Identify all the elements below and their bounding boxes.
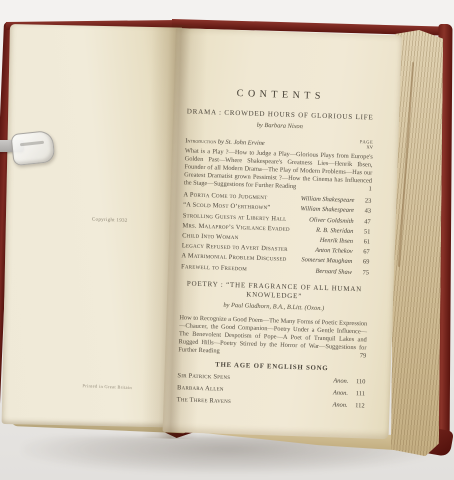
photo-background: Copyright 1932 Printed in Great Britain … <box>0 0 454 480</box>
page-title: CONTENTS <box>187 86 375 103</box>
toc-entry-spacer <box>224 391 333 395</box>
toc-entry-title: Legacy Refused to Avert Disaster <box>182 243 288 254</box>
introduction-entry: Introduction by St. John Ervine <box>185 137 265 147</box>
toc-entry-page-number: 110 <box>348 378 365 386</box>
toc-entry-author: Oliver Goldsmith <box>309 216 354 224</box>
toc-entry-page-number: 61 <box>353 238 370 246</box>
toc-entry-author: William Shakespeare <box>301 196 355 205</box>
page-column-header: PAGExv <box>359 139 373 150</box>
toc-entry-page-number: 23 <box>354 197 371 205</box>
toc-entry-spacer <box>247 270 316 272</box>
toc-entry-title: Farewell to Freedom <box>181 263 247 272</box>
toc-entry-spacer <box>290 231 316 232</box>
toc-entry-author: Somerset Maugham <box>301 257 352 266</box>
toc-entry-author: Anon. <box>332 401 347 408</box>
toc-entry-spacer <box>230 379 333 382</box>
toc-entry-page-number: 51 <box>353 228 370 236</box>
toc-entry-title: “A Scold Most O’erthrown” <box>183 202 271 212</box>
toc-entry-author: Anton Tchekov <box>315 247 353 255</box>
poetry-toc-list: Sir Patrick Spens Anon. 110 Barbara Alle… <box>177 372 366 409</box>
toc-entry-title: Sir Patrick Spens <box>177 372 230 381</box>
toc-entry-author: Anon. <box>333 377 348 384</box>
toc-entry-page-number: 111 <box>348 390 365 398</box>
toc-entry-row: The Three Ravens Anon. 112 <box>177 396 365 409</box>
toc-entry-title: A Portia Come to Judgment <box>183 192 267 202</box>
toc-entry-row: Barbara Allen Anon. 111 <box>177 384 365 397</box>
toc-entry-spacer <box>286 220 309 221</box>
toc-entry-spacer <box>267 199 300 200</box>
toc-entry-author: Henrik Ibsen <box>320 237 353 245</box>
toc-entry-page-number: 69 <box>352 258 369 266</box>
toc-entry-title: Barbara Allen <box>177 384 224 393</box>
toc-entry-page-number: 47 <box>354 218 371 226</box>
toc-entry-author: R. B. Sheridan <box>316 227 353 235</box>
toc-entry-spacer <box>270 210 300 211</box>
toc-entry-title: The Three Ravens <box>177 396 232 405</box>
right-page-contents: CONTENTS DRAMA : CROWDED HOURS OF GLORIO… <box>163 28 402 439</box>
introduction-page-number: xv <box>359 145 373 151</box>
contents-text-block: CONTENTS DRAMA : CROWDED HOURS OF GLORIO… <box>176 86 375 414</box>
book-holder-clip <box>10 130 55 166</box>
toc-entry-author: Anon. <box>333 389 348 396</box>
copyright-notice: Copyright 1932 <box>92 217 128 223</box>
age-of-english-song-subheading: THE AGE OF ENGLISH SONG <box>178 360 366 373</box>
toc-entry-title: Child Into Woman <box>182 232 239 241</box>
toc-entry-spacer <box>238 239 319 242</box>
printer-line: Printed in Great Britain <box>82 383 132 390</box>
toc-entry-title: Strolling Guests at Liberty Hall <box>183 212 287 222</box>
toc-entry-page-number: 67 <box>353 248 370 256</box>
drama-toc-list: A Portia Come to Judgment William Shakes… <box>181 192 371 277</box>
toc-entry-author: Bernard Shaw <box>315 267 352 275</box>
toc-entry-page-number: 112 <box>347 402 364 410</box>
toc-entry-spacer <box>288 251 315 252</box>
poetry-heading-line2: KNOWLEDGE” <box>246 290 302 300</box>
toc-entry-page-number: 75 <box>352 269 369 277</box>
introduction-label: Introduction <box>185 137 216 145</box>
toc-entry-page-number: 43 <box>354 207 371 215</box>
toc-entry-title: A Matrimonial Problem Discussed <box>181 253 286 263</box>
left-page: Copyright 1932 Printed in Great Britain <box>2 24 182 428</box>
poetry-section-heading: POETRY : “THE FRAGRANCE OF ALL HUMAN KNO… <box>180 279 368 303</box>
toc-entry-author: William Shakespeare <box>300 206 354 215</box>
introduction-author: by St. John Ervine <box>216 138 265 147</box>
toc-entry-title: Mrs. Malaprop’s Vigilance Evaded <box>182 222 289 233</box>
toc-entry-spacer <box>231 403 332 406</box>
toc-entry-row: Sir Patrick Spens Anon. 110 <box>177 372 365 385</box>
